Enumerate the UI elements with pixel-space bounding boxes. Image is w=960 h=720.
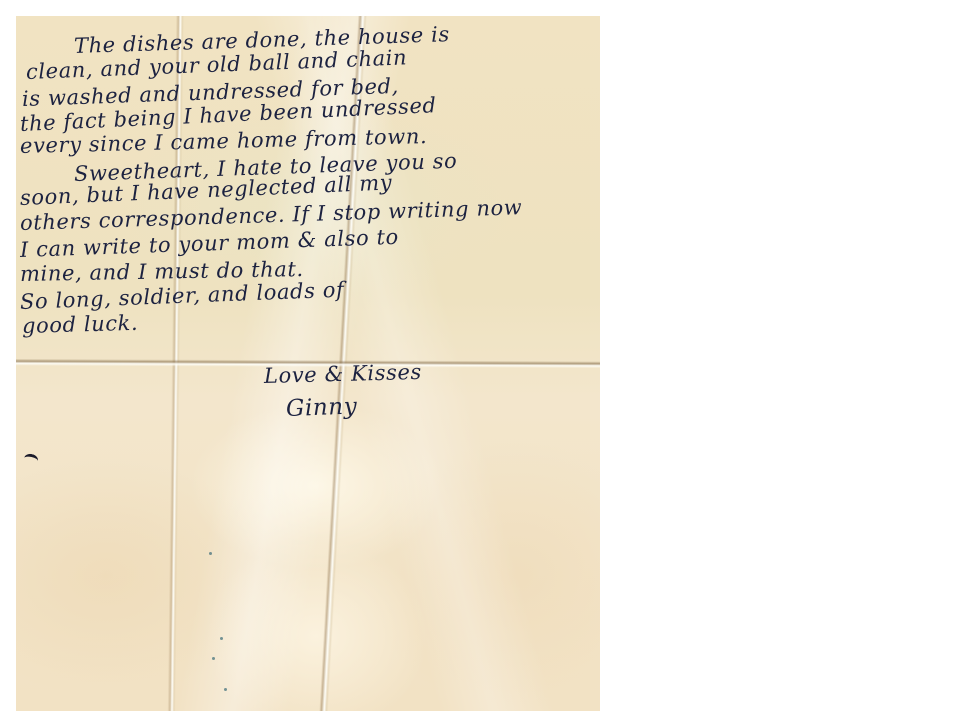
- scan-canvas: The dishes are done, the house is clean,…: [0, 0, 960, 720]
- letter-line: good luck.: [22, 311, 139, 338]
- letter-closing: Love & Kisses: [264, 360, 422, 388]
- letter-signature: Ginny: [286, 394, 358, 422]
- letter-body: The dishes are done, the house is clean,…: [16, 16, 600, 711]
- letter-paper: The dishes are done, the house is clean,…: [16, 16, 600, 711]
